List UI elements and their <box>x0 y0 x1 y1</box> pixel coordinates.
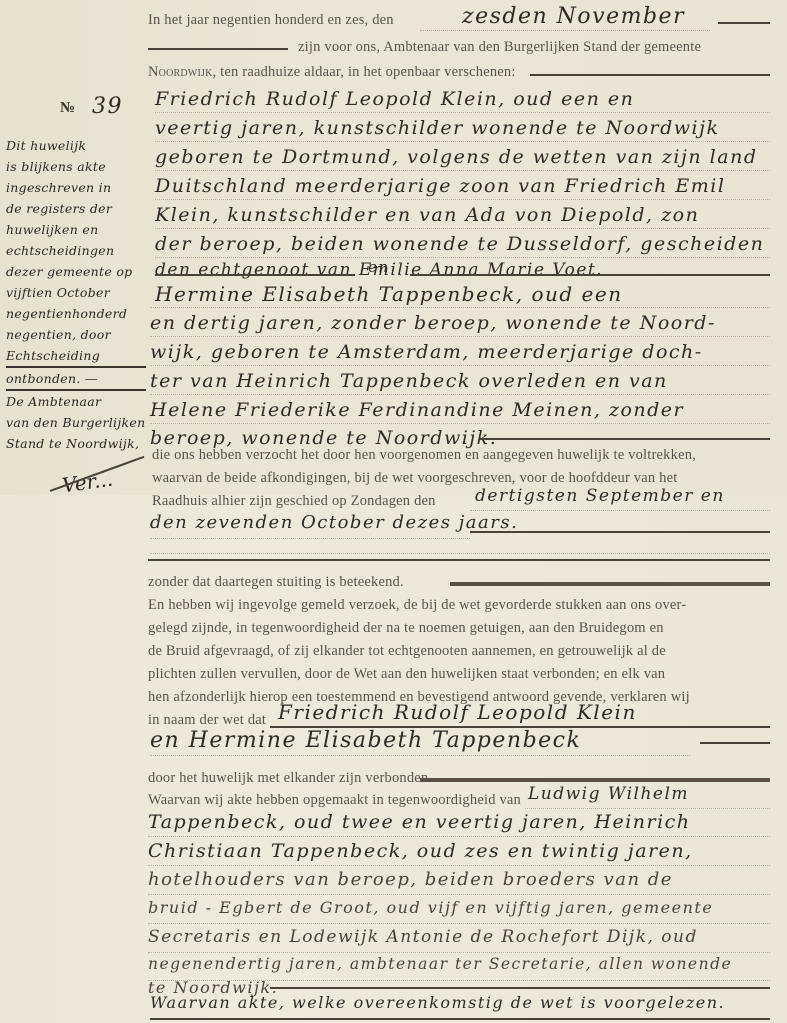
body-paragraph-line: En hebben wij ingevolge gemeld verzoek, … <box>148 597 686 614</box>
margin-line: Dit huwelijk <box>6 135 146 156</box>
witness-name-1: Ludwig Wilhelm <box>528 784 689 804</box>
header-line-2: zijn voor ons, Ambtenaar van den Burgerl… <box>298 39 701 56</box>
margin-line: De Ambtenaar <box>6 391 146 412</box>
act-number-label: № <box>60 100 75 117</box>
witness-line: Tappenbeck, oud twee en veertig jaren, H… <box>148 811 691 833</box>
ruled-line <box>148 865 770 866</box>
closing-statement: Waarvan akte, welke overeenkomstig de we… <box>150 993 725 1012</box>
fill-rule <box>148 559 770 561</box>
groom-line: veertig jaren, kunstschilder wonende te … <box>155 117 720 139</box>
ruled-line <box>150 365 770 366</box>
margin-line: van den Burgerlijken <box>6 412 146 433</box>
bride-line: wijk, geboren te Amsterdam, meerderjarig… <box>150 341 703 363</box>
act-number: 39 <box>92 94 123 119</box>
bride-line: Hermine Elisabeth Tappenbeck, oud een <box>155 282 623 306</box>
margin-line: vijftien October <box>6 282 146 303</box>
header-line-3: Noordwijk, ten raadhuize aldaar, in het … <box>148 64 516 81</box>
declaration-groom-name: Friedrich Rudolf Leopold Klein <box>278 700 637 724</box>
proclamation-line: waarvan de beide afkondigingen, bij de w… <box>152 470 677 487</box>
ruled-line <box>148 952 770 953</box>
date-handwritten: zesden November <box>462 4 685 29</box>
proclamation-dates-2: den zevenden October dezes jaars. <box>150 512 518 533</box>
body-paragraph-line: plichten zullen vervullen, door de Wet a… <box>148 666 665 683</box>
margin-line: ingeschreven in <box>6 177 146 198</box>
margin-line: Stand te Noordwijk, <box>6 433 146 454</box>
conjunction: en <box>368 258 390 276</box>
witness-line: hotelhouders van beroep, beiden broeders… <box>148 869 673 890</box>
header-line-1: In het jaar negentien honderd en zes, de… <box>148 12 394 29</box>
ruled-line <box>150 755 690 756</box>
bottom-rule <box>150 1018 770 1020</box>
ruled-line <box>525 808 770 809</box>
ruled-line <box>150 307 770 308</box>
groom-line: geboren te Dortmund, volgens de wetten v… <box>155 146 757 168</box>
ruled-line <box>150 423 770 424</box>
declaration-text: in naam der wet dat <box>148 712 266 729</box>
fill-rule <box>450 582 770 586</box>
groom-line: der beroep, beiden wonende te Dusseldorf… <box>155 233 764 255</box>
body-paragraph-line: de Bruid afgevraagd, of zij elkander tot… <box>148 643 666 660</box>
ruled-line <box>155 141 770 142</box>
margin-line: is blijkens akte <box>6 156 146 177</box>
fill-rule <box>530 74 770 76</box>
ruled-line <box>155 170 770 171</box>
margin-line: dezer gemeente op <box>6 261 146 282</box>
municipality-name: Noordwijk <box>148 64 213 80</box>
fill-rule <box>470 531 770 533</box>
margin-line: echtscheidingen <box>6 240 146 261</box>
ruled-line <box>150 336 770 337</box>
bride-line: en dertig jaren, zonder beroep, wonende … <box>150 312 716 334</box>
margin-line-underlined: ontbonden. — <box>6 368 146 391</box>
fill-rule <box>410 274 770 276</box>
no-objection-text: zonder dat daartegen stuiting is beteeke… <box>148 574 404 591</box>
groom-line: Klein, kunstschilder en van Ada von Diep… <box>155 204 699 226</box>
fill-rule <box>155 274 355 276</box>
ruled-line <box>155 228 770 229</box>
ruled-line <box>150 538 470 539</box>
bride-line: Helene Friederike Ferdinandine Meinen, z… <box>150 399 684 421</box>
witness-line: negenendertig jaren, ambtenaar ter Secre… <box>148 955 732 973</box>
ruled-line <box>155 112 770 113</box>
margin-line-underlined: Echtscheiding <box>6 345 146 368</box>
ruled-line <box>148 836 770 837</box>
fill-rule <box>420 778 770 782</box>
fill-rule <box>700 742 770 744</box>
ruled-line <box>150 553 770 554</box>
ruled-line <box>150 394 770 395</box>
witness-line: Christiaan Tappenbeck, oud zes en twinti… <box>148 840 693 862</box>
groom-line: Friedrich Rudolf Leopold Klein, oud een … <box>155 88 634 110</box>
ruled-line <box>148 894 770 895</box>
ruled-line <box>155 257 770 258</box>
witness-line: bruid - Egbert de Groot, oud vijf en vij… <box>148 898 713 917</box>
proclamation-line: die ons hebben verzocht het door hen voo… <box>152 447 696 464</box>
margin-line: negentien, door <box>6 324 146 345</box>
bride-line: ter van Heinrich Tappenbeck overleden en… <box>150 370 668 392</box>
groom-line: Duitschland meerderjarige zoon van Fried… <box>155 175 725 197</box>
margin-line: huwelijken en <box>6 219 146 240</box>
declaration-bride-name: en Hermine Elisabeth Tappenbeck <box>150 728 581 753</box>
header-line-3-text: , ten raadhuize aldaar, in het openbaar … <box>213 64 516 80</box>
ruled-line <box>470 510 770 511</box>
proclamation-dates-1: dertigsten September en <box>475 486 725 506</box>
margin-annotation: Dit huwelijk is blijkens akte ingeschrev… <box>6 135 146 454</box>
fill-dots <box>420 30 710 31</box>
fill-rule <box>480 438 770 440</box>
fill-rule <box>270 987 770 989</box>
fill-rule <box>718 22 770 24</box>
proclamation-line: Raadhuis alhier zijn geschied op Zondage… <box>152 493 436 510</box>
margin-line: de registers der <box>6 198 146 219</box>
body-paragraph-line: gelegd zijnde, in tegenwoordigheid der n… <box>148 620 664 637</box>
margin-line: negentienhonderd <box>6 303 146 324</box>
bride-line: beroep, wonende te Noordwijk. <box>150 427 497 449</box>
united-text: door het huwelijk met elkander zijn verb… <box>148 770 432 787</box>
ruled-line <box>148 923 770 924</box>
witnesses-intro: Waarvan wij akte hebben opgemaakt in teg… <box>148 792 521 809</box>
witness-line: Secretaris en Lodewijk Antonie de Rochef… <box>148 927 698 947</box>
ruled-line <box>155 199 770 200</box>
fill-rule <box>148 48 288 50</box>
ruled-line <box>148 980 770 981</box>
